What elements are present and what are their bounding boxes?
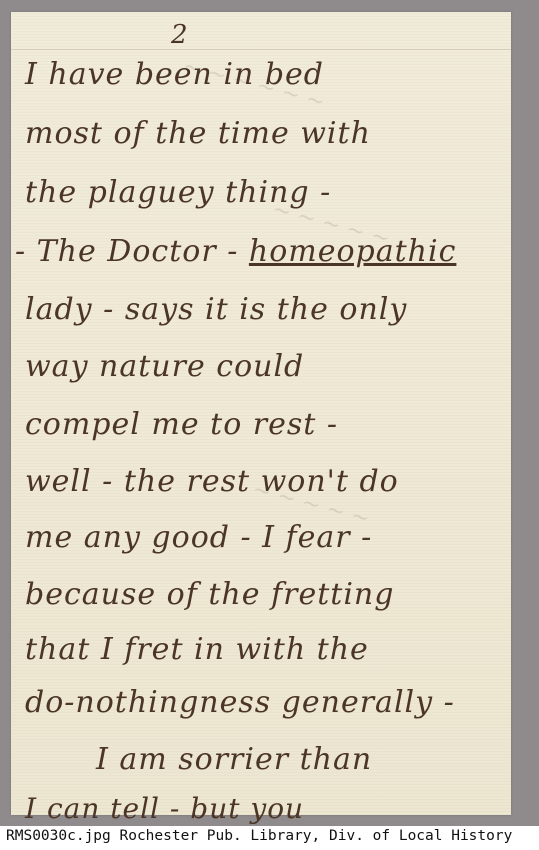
page-number: 2: [171, 20, 188, 50]
handwritten-line: most of the time with: [25, 116, 371, 151]
handwritten-line-underlined: - The Doctor - homeopathic: [15, 234, 456, 269]
line-prefix: - The Doctor -: [15, 234, 249, 269]
handwritten-line: compel me to rest -: [25, 407, 338, 442]
handwritten-line: well - the rest won't do: [25, 464, 399, 499]
handwritten-line: way nature could: [25, 349, 304, 384]
image-caption: RMS0030c.jpg Rochester Pub. Library, Div…: [6, 828, 512, 844]
handwritten-line: I have been in bed: [25, 57, 324, 92]
handwritten-line: me any good - I fear -: [25, 520, 372, 555]
handwritten-line: the plaguey thing -: [25, 175, 331, 210]
underlined-word: homeopathic: [249, 234, 457, 269]
scan-background: ~ ~ ~ ~ ~ ~ ~ ~ ~ ~ ~ ~ ~ ~ ~ ~ 2 I have…: [0, 0, 539, 826]
handwritten-line: I can tell - but you: [25, 792, 304, 825]
handwritten-line: do-nothingness generally -: [25, 685, 455, 720]
handwritten-line: I am sorrier than: [96, 742, 372, 777]
handwritten-line: lady - says it is the only: [25, 292, 407, 327]
handwritten-line: because of the fretting: [25, 577, 394, 612]
paper-fold-line: [11, 49, 511, 50]
handwritten-line: that I fret in with the: [25, 632, 369, 667]
letter-page: ~ ~ ~ ~ ~ ~ ~ ~ ~ ~ ~ ~ ~ ~ ~ ~ 2 I have…: [11, 12, 511, 815]
